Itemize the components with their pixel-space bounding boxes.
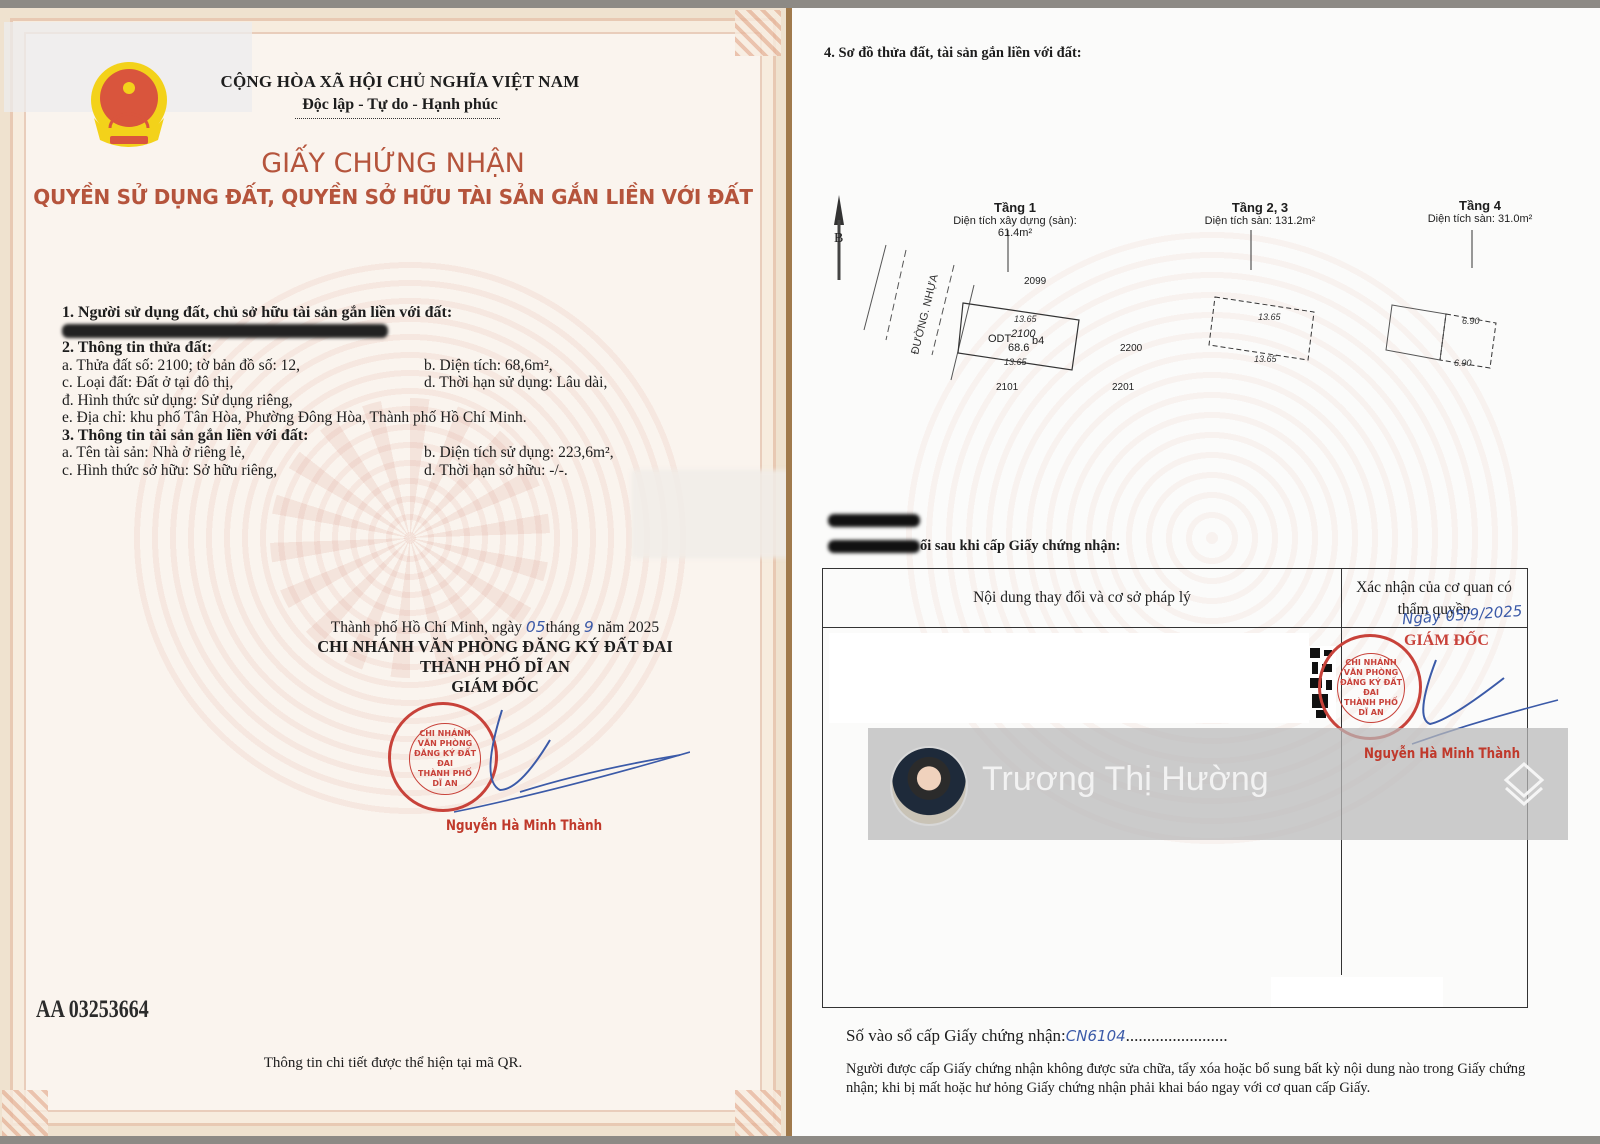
asset-name: a. Tên tài sản: Nhà ở riêng lẻ, <box>62 444 424 462</box>
col-changes-header: Nội dung thay đổi và cơ sở pháp lý <box>823 589 1341 607</box>
confirm-signer-name: Nguyễn Hà Minh Thành <box>1364 746 1520 762</box>
agent-overlay-banner[interactable]: Trương Thị Hường <box>868 728 1568 840</box>
nation-name: CỘNG HÒA XÃ HỘI CHỦ NGHĨA VIỆT NAM <box>220 72 580 92</box>
certificate-subtitle: QUYỀN SỬ DỤNG ĐẤT, QUYỀN SỞ HỮU TÀI SẢN … <box>0 185 786 209</box>
certificate-serial: AA 03253664 <box>36 996 149 1024</box>
blurred-patch <box>632 470 792 558</box>
parcel-area: b. Diện tích: 68,6m², <box>424 357 553 375</box>
signer-name: Nguyễn Hà Minh Thành <box>446 818 602 834</box>
issuing-org-line2: THÀNH PHỐ DĨ AN <box>300 657 690 677</box>
svg-text:b4: b4 <box>1032 335 1044 347</box>
svg-text:B: B <box>834 231 843 246</box>
svg-text:2101: 2101 <box>996 382 1019 393</box>
whiteout-patch <box>829 633 1309 723</box>
section1-heading: 1. Người sử dụng đất, chủ sở hữu tài sản… <box>62 304 682 322</box>
registry-value: CN6104 <box>1066 1027 1126 1045</box>
north-arrow-icon: B <box>834 195 844 280</box>
table-header-divider <box>823 627 1527 628</box>
svg-text:2200: 2200 <box>1120 343 1143 354</box>
certificate-title: GIẤY CHỨNG NHẬN <box>0 148 786 179</box>
registry-number: Số vào sổ cấp Giấy chứng nhận:CN6104....… <box>846 1026 1228 1046</box>
svg-text:13.65: 13.65 <box>1004 357 1028 367</box>
section2-heading: 2. Thông tin thửa đất: <box>62 339 682 357</box>
floor-1-label: Tầng 1 Diện tích xây dựng (sàn): 61.4m² <box>940 200 1090 239</box>
svg-text:6.90: 6.90 <box>1454 358 1472 368</box>
stacked-diamonds-logo-icon <box>1498 758 1550 810</box>
svg-text:6.90: 6.90 <box>1462 316 1480 326</box>
parcel-number: a. Thửa đất số: 2100; tờ bản đồ số: 12, <box>62 357 424 375</box>
director-signature <box>440 700 690 820</box>
floor-4-label: Tầng 4 Diện tích sàn: 31.0m² <box>1420 198 1540 225</box>
issue-day: 05 <box>526 618 546 636</box>
national-emblem-icon <box>80 58 178 158</box>
redacted-owner-name <box>62 324 388 338</box>
land-type: c. Loại đất: Đất ở tại đô thị, <box>62 374 424 392</box>
section5-title-redacted <box>828 512 920 529</box>
border-corner-ornament <box>2 1090 48 1136</box>
land-term: d. Thời hạn sử dụng: Lâu dài, <box>424 374 607 392</box>
parcel-address: e. Địa chỉ: khu phố Tân Hòa, Phường Đông… <box>62 409 682 427</box>
svg-text:2201: 2201 <box>1112 382 1135 393</box>
ownership-form: c. Hình thức sở hữu: Sở hữu riêng, <box>62 462 424 480</box>
certificate-info: 1. Người sử dụng đất, chủ sở hữu tài sản… <box>62 304 682 479</box>
svg-text:ĐƯỜNG. NHỰA: ĐƯỜNG. NHỰA <box>908 272 941 355</box>
issue-date: Thành phố Hồ Chí Minh, ngày 05tháng 9 nă… <box>300 618 690 637</box>
svg-text:13.65: 13.65 <box>1258 312 1282 322</box>
agent-avatar[interactable] <box>890 746 968 826</box>
issuing-org-line1: CHI NHÁNH VĂN PHÒNG ĐĂNG KÝ ĐẤT ĐAI <box>300 637 690 657</box>
usage-form: đ. Hình thức sử dụng: Sử dụng riêng, <box>62 392 682 410</box>
section3-heading: 3. Thông tin tài sản gắn liền với đất: <box>62 427 682 445</box>
floor-2-3-label: Tầng 2, 3 Diện tích sàn: 131.2m² <box>1190 200 1330 227</box>
svg-text:13.65: 13.65 <box>1014 314 1038 324</box>
qr-note: Thông tin chi tiết được thể hiện tại mã … <box>0 1055 786 1072</box>
border-corner-ornament <box>735 10 781 56</box>
signer-role: GIÁM ĐỐC <box>300 677 690 697</box>
agent-name[interactable]: Trương Thị Hường <box>982 760 1269 799</box>
asset-area: b. Diện tích sử dụng: 223,6m², <box>424 444 614 462</box>
issue-month: 9 <box>584 618 594 636</box>
motto-underline <box>295 118 500 119</box>
section4-title: 4. Sơ đồ thửa đất, tài sản gắn liền với … <box>824 45 1082 62</box>
svg-text:68.6: 68.6 <box>1008 342 1029 354</box>
certificate-notice: Người được cấp Giấy chứng nhận không đượ… <box>846 1060 1536 1098</box>
whiteout-patch <box>1271 977 1443 1007</box>
border-corner-ornament <box>735 1090 781 1136</box>
section6-title: ổi sau khi cấp Giấy chứng nhận: <box>828 538 1121 555</box>
svg-text:13.65: 13.65 <box>1254 354 1278 364</box>
signature-block: Thành phố Hồ Chí Minh, ngày 05tháng 9 nă… <box>300 618 690 697</box>
svg-text:2099: 2099 <box>1024 276 1047 287</box>
ownership-term: d. Thời hạn sở hữu: -/-. <box>424 462 568 480</box>
national-motto: Độc lập - Tự do - Hạnh phúc <box>260 96 540 114</box>
